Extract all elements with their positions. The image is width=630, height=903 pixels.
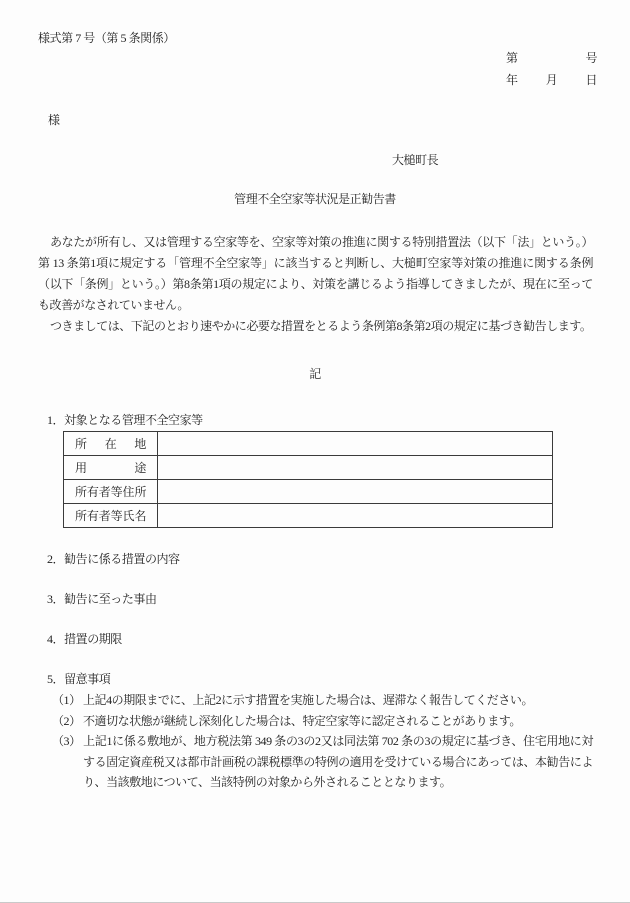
body-paragraph-1: あなたが所有し、又は管理する空家等を、空家等対策の推進に関する特別措置法（以下「… <box>38 232 593 316</box>
note-number: （3） <box>52 731 83 752</box>
row-label-owner-name: 所有者等氏名 <box>64 504 158 528</box>
form-number-label: 様式第 7 号（第 5 条関係） <box>38 31 175 45</box>
date-line: 年 月 日 <box>506 73 597 87</box>
row-value-use <box>158 456 553 480</box>
doc-number-prefix: 第 <box>506 51 518 65</box>
table-row: 所 在 地 <box>64 432 553 456</box>
note-text: 上記1に係る敷地が、地方税法第 349 条の3の2又は同法第 702 条の3の規… <box>83 734 593 789</box>
table-row: 用 途 <box>64 456 553 480</box>
section-heading-1: 1．対象となる管理不全空家等 <box>47 413 203 427</box>
doc-number-suffix: 号 <box>585 51 597 65</box>
row-label-use: 用 途 <box>64 456 158 480</box>
note-number: （1） <box>52 690 83 711</box>
row-value-owner-address <box>158 480 553 504</box>
section-heading-5: 5．留意事項 <box>47 672 110 686</box>
section-number: 3． <box>47 592 64 606</box>
note-number: （2） <box>52 711 83 732</box>
section-label: 措置の期限 <box>64 632 122 646</box>
note-text: 不適切な状態が継続し深刻化した場合は、特定空家等に認定されることがあります。 <box>83 714 521 728</box>
date-day-label: 日 <box>585 73 597 87</box>
ki-marker: 記 <box>0 364 630 385</box>
row-value-owner-name <box>158 504 553 528</box>
row-label-owner-address: 所有者等住所 <box>64 480 158 504</box>
row-label-location: 所 在 地 <box>64 432 158 456</box>
section-label: 対象となる管理不全空家等 <box>64 413 203 427</box>
note-item-3: （3）上記1に係る敷地が、地方税法第 349 条の3の2又は同法第 702 条の… <box>52 731 593 793</box>
date-month-label: 月 <box>546 73 558 87</box>
table-row: 所有者等住所 <box>64 480 553 504</box>
section-number: 2． <box>47 552 64 566</box>
section-heading-2: 2．勧告に係る措置の内容 <box>47 552 180 566</box>
recipient-honorific: 様 <box>48 113 60 127</box>
section-label: 勧告に係る措置の内容 <box>64 552 180 566</box>
body-paragraph-2: つきましては、下記のとおり速やかに必要な措置をとるよう条例第8条第2項の規定に基… <box>38 316 593 337</box>
notes-list: （1）上記4の期限までに、上記2に示す措置を実施した場合は、遅滞なく報告してくだ… <box>52 690 593 793</box>
body-text: あなたが所有し、又は管理する空家等を、空家等対策の推進に関する特別措置法（以下「… <box>38 232 593 337</box>
note-item-1: （1）上記4の期限までに、上記2に示す措置を実施した場合は、遅滞なく報告してくだ… <box>52 690 593 711</box>
section-label: 勧告に至った事由 <box>64 592 156 606</box>
section-number: 1． <box>47 413 64 427</box>
section-heading-3: 3．勧告に至った事由 <box>47 592 157 606</box>
table-row: 所有者等氏名 <box>64 504 553 528</box>
sender-title: 大槌町長 <box>392 153 438 167</box>
document-title: 管理不全空家等状況是正勧告書 <box>0 192 630 206</box>
date-year-label: 年 <box>506 73 518 87</box>
property-table: 所 在 地 用 途 所有者等住所 所有者等氏名 <box>63 431 553 528</box>
document-page: 様式第 7 号（第 5 条関係） 第 号 年 月 日 様 大槌町長 管理不全空家… <box>0 0 630 903</box>
section-number: 5． <box>47 672 64 686</box>
note-item-2: （2）不適切な状態が継続し深刻化した場合は、特定空家等に認定されることがあります… <box>52 711 593 732</box>
section-number: 4． <box>47 632 64 646</box>
row-value-location <box>158 432 553 456</box>
doc-number-line: 第 号 <box>506 51 597 65</box>
note-text: 上記4の期限までに、上記2に示す措置を実施した場合は、遅滞なく報告してください。 <box>83 693 533 707</box>
section-label: 留意事項 <box>64 672 110 686</box>
section-heading-4: 4．措置の期限 <box>47 632 122 646</box>
